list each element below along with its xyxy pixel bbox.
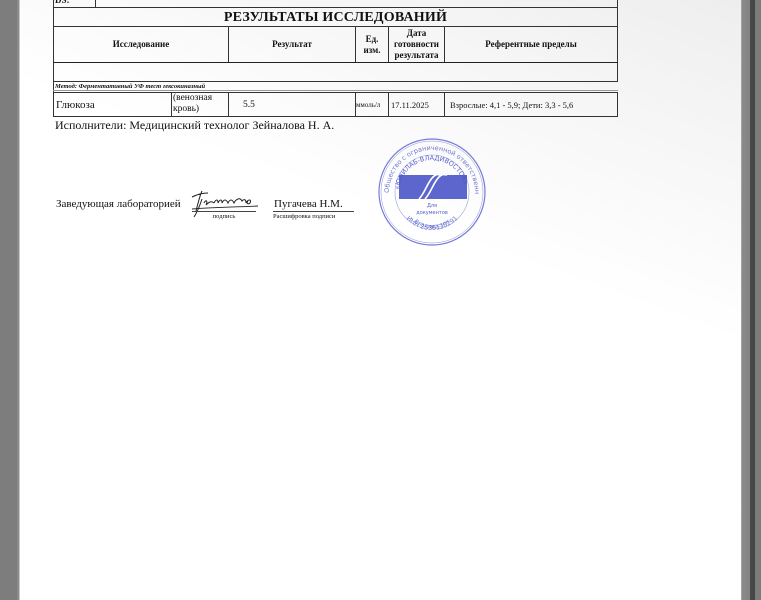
unit-value: ммоль/л [356, 93, 380, 116]
head-of-lab-label: Заведующая лабораторией [56, 198, 181, 210]
sample-type-line1: (венозная [173, 93, 228, 104]
svg-text:Для: Для [427, 203, 437, 209]
performers-line: Исполнители: Медицинский технолог Зейнал… [55, 118, 334, 133]
col-header-reference: Референтные пределы [445, 27, 617, 62]
col-header-date-line1: Дата [407, 28, 427, 39]
scrollbar-track[interactable] [741, 0, 761, 600]
col-header-date-line2: готовности [394, 39, 439, 50]
sample-type-line2: кровь) [173, 104, 228, 115]
col-header-unit-line1: Ед. [366, 34, 379, 45]
col-header-date: Дата готовности результата [389, 27, 444, 62]
left-frame [0, 0, 17, 600]
col-header-date-line3: результата [395, 50, 439, 61]
signature-caption: подпись [192, 213, 256, 220]
ds-label: DS: [55, 0, 70, 5]
col-header-result: Результат [229, 27, 355, 62]
ready-date: 17.11.2025 [391, 93, 429, 116]
signer-caption: Расшифровка подписи [273, 213, 354, 220]
company-stamp: Общество с ограниченной ответственностью… [375, 137, 489, 247]
signer-name: Пугачева Н.М. [274, 198, 343, 210]
reference-range: Взрослые: 4,1 - 5,9; Дети: 3,3 - 5,6 [450, 93, 573, 116]
col-header-unit-line2: изм. [363, 45, 380, 56]
test-name: Глюкоза [56, 93, 95, 116]
svg-text:документов: документов [416, 210, 448, 216]
col-header-unit: Ед. изм. [356, 27, 388, 62]
col-header-test: Исследование [54, 27, 228, 62]
sample-type: (венозная кровь) [173, 93, 228, 116]
section-title: РЕЗУЛЬТАТЫ ИССЛЕДОВАНИЙ [53, 8, 618, 27]
result-value: 5.5 [243, 93, 255, 116]
